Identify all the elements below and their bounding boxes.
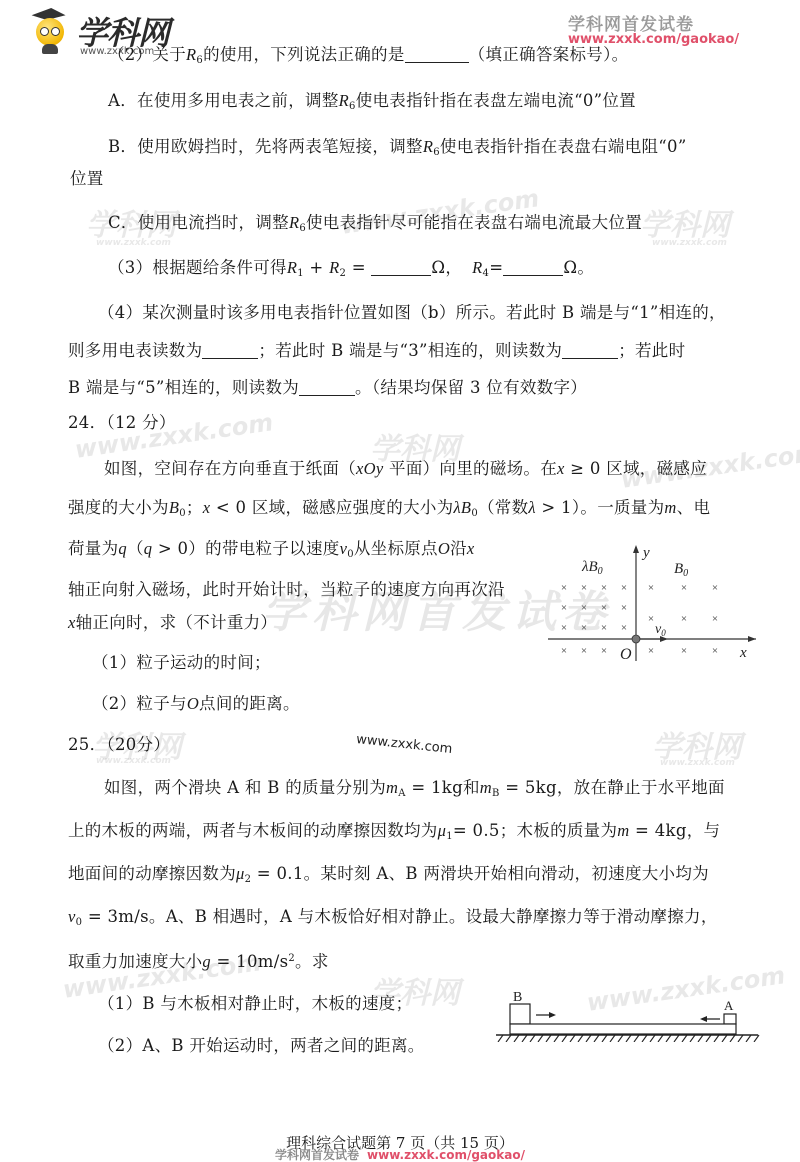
answer-blank xyxy=(371,259,431,276)
q24-sub2: （2）粒子与O点间的距离。 xyxy=(92,693,300,715)
q24-line5: x轴正向时，求（不计重力） xyxy=(68,612,277,634)
svg-text:×: × xyxy=(561,582,567,594)
svg-text:×: × xyxy=(621,582,627,594)
q25-heading: 25．（20分） xyxy=(68,734,170,756)
q23-part2: （2）关于R6的使用，下列说法正确的是（填正确答案标号）。 xyxy=(108,44,628,72)
svg-text:×: × xyxy=(712,613,718,625)
q23-part4-line3: B 端是与“5”相连的，则读数为。（结果均保留 3 位有效数字） xyxy=(68,377,587,399)
svg-text:×: × xyxy=(561,622,567,634)
q23-option-c: C．使用电流挡时，调整R6使电表指针尽可能指在表盘右端电流最大位置 xyxy=(108,212,642,240)
svg-text:×: × xyxy=(581,602,587,614)
svg-text:×: × xyxy=(601,622,607,634)
svg-text:×: × xyxy=(581,622,587,634)
watermark-url-small: www.zxxk.com xyxy=(652,238,727,248)
answer-blank xyxy=(299,379,355,396)
svg-text:×: × xyxy=(621,622,627,634)
svg-text:×: × xyxy=(621,602,627,614)
answer-blank xyxy=(202,342,258,359)
svg-text:×: × xyxy=(601,645,607,657)
q23-part4-line2: 则多用电表读数为；若此时 B 端是与“3”相连的，则读数为；若此时 xyxy=(68,340,685,362)
svg-text:×: × xyxy=(601,602,607,614)
watermark-logo: 学科网 xyxy=(652,722,742,766)
right-field-label: B0 xyxy=(674,561,688,579)
q24-sub1: （1）粒子运动的时间； xyxy=(92,652,271,674)
svg-text:×: × xyxy=(712,582,718,594)
svg-text:×: × xyxy=(581,645,587,657)
svg-text:×: × xyxy=(561,602,567,614)
svg-text:×: × xyxy=(681,613,687,625)
svg-text:×: × xyxy=(681,582,687,594)
svg-text:×: × xyxy=(648,582,654,594)
mascot-face-icon xyxy=(36,18,64,46)
q25-line2: 上的木板的两端，两者与木板间的动摩擦因数均为μ1= 0.5；木板的质量为m = … xyxy=(68,820,720,848)
q24-line3: 荷量为q（q > 0）的带电粒子以速度v0从坐标原点O沿x xyxy=(68,538,475,566)
svg-text:×: × xyxy=(581,582,587,594)
q24-line1: 如图，空间存在方向垂直于纸面（xOy 平面）向里的磁场。在x ≥ 0 区域，磁感… xyxy=(104,458,707,480)
q23-part3: （3）根据题给条件可得R1 + R2 = Ω，R4=Ω。 xyxy=(108,257,594,285)
q25-line1: 如图，两个滑块 A 和 B 的质量分别为mA = 1kg和mB = 5kg，放在… xyxy=(104,777,725,805)
y-axis-label: y xyxy=(641,545,650,561)
answer-blank xyxy=(562,342,618,359)
q25-line4: v0 = 3m/s。A、B 相遇时，A 与木板恰好相对静止。设最大静摩擦力等于滑… xyxy=(68,906,718,934)
watermark-url-dark: www.zxxk.com xyxy=(355,732,453,757)
footer-watermark: 学科网首发试卷www.zxxk.com/gaokao/ xyxy=(0,1146,800,1162)
q23-option-a: A．在使用多用电表之前，调整R6使电表指针指在表盘左端电流“0”位置 xyxy=(108,90,636,118)
q25-line5: 取重力加速度大小g = 10m/s2。求 xyxy=(68,948,329,973)
svg-text:×: × xyxy=(712,645,718,657)
watermark-url-small: www.zxxk.com xyxy=(96,756,171,766)
origin-label: O xyxy=(620,646,632,663)
q25-sub1: （1）B 与木板相对静止时，木板的速度； xyxy=(98,993,412,1015)
left-field-label: λB0 xyxy=(581,559,603,577)
answer-blank xyxy=(503,259,563,276)
q25-line3: 地面间的动摩擦因数为μ2 = 0.1。某时刻 A、B 两滑块开始相向滑动，初速度… xyxy=(68,863,709,891)
x-axis-label: x xyxy=(739,645,747,661)
svg-text:×: × xyxy=(648,645,654,657)
answer-blank xyxy=(405,46,469,63)
q23-part4-line1: （4）某次测量时该多用电表指针位置如图（b）所示。若此时 B 端是与“1”相连的… xyxy=(98,302,726,324)
mascot-body-icon xyxy=(42,44,58,54)
q25-sub2: （2）A、B 开始运动时，两者之间的距离。 xyxy=(98,1035,425,1057)
block-b-label: B xyxy=(513,990,522,1005)
q23-option-b: B．使用欧姆挡时，先将两表笔短接，调整R6使电表指针指在表盘右端电阻“0” xyxy=(108,136,687,164)
sliding-blocks-diagram: B A xyxy=(496,990,761,1042)
svg-text:×: × xyxy=(561,645,567,657)
svg-text:×: × xyxy=(601,582,607,594)
svg-text:×: × xyxy=(681,645,687,657)
q23-option-b-cont: 位置 xyxy=(70,168,104,190)
q24-line4: 轴正向射入磁场，此时开始计时，当粒子的速度方向再次沿 xyxy=(68,579,505,601)
watermark-logo: 学科网 xyxy=(640,200,730,244)
velocity-label: v0 xyxy=(655,622,666,638)
block-a-label: A xyxy=(724,998,734,1013)
q24-line2: 强度的大小为B0；x < 0 区域，磁感应强度的大小为λB0（常数λ > 1）。… xyxy=(68,497,710,525)
magnetic-field-diagram: ×××× ×××× ×××× ××× ××× ××× ××× λB0 B0 y … xyxy=(548,543,763,663)
q24-heading: 24．（12 分） xyxy=(68,412,176,434)
svg-text:×: × xyxy=(648,613,654,625)
watermark-url-small: www.zxxk.com xyxy=(660,758,735,768)
